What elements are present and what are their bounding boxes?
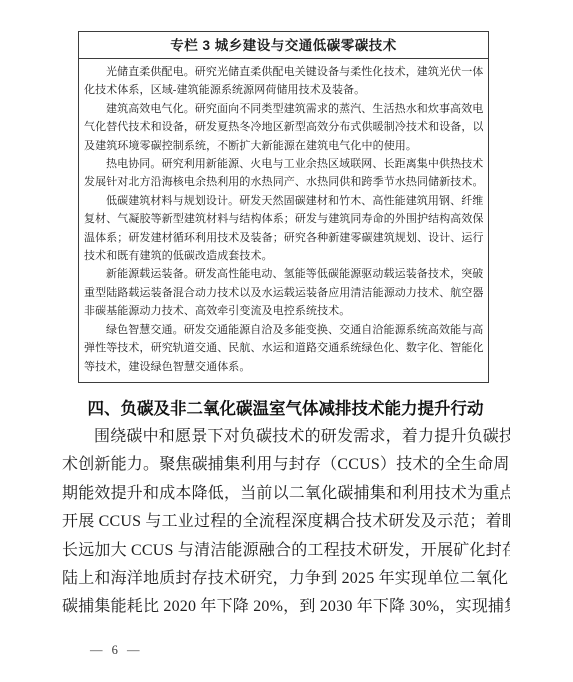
body-line: 术创新能力。聚焦碳捕集利用与封存（CCUS）技术的全生命周 <box>62 451 510 479</box>
text-line: 低碳建筑材料与规划设计。研发天然固碳建材和竹木、高性能建筑用钢、纤维 <box>84 192 483 210</box>
text-line: 技术和既有建筑的低碳改造成套技术。 <box>84 247 483 265</box>
text-line: 新能源载运装备。研发高性能电动、氢能等低碳能源驱动载运装备技术，突破 <box>84 265 483 283</box>
text-line: 热电协同。研究利用新能源、火电与工业余热区域联网、长距离集中供热技术， <box>84 155 483 173</box>
text-line: 温体系；研发建材循环利用技术及装备；研究各种新建零碳建筑规划、设计、运行 <box>84 229 483 247</box>
page-number: — 6 — <box>90 643 143 658</box>
text-line: 建筑高效电气化。研究面向不同类型建筑需求的蒸汽、生活热水和炊事高效电 <box>84 100 483 118</box>
body-paragraph: 围绕碳中和愿景下对负碳技术的研发需求，着力提升负碳技 术创新能力。聚焦碳捕集利用… <box>62 423 510 622</box>
column-box-body: 光储直柔供配电。研究光储直柔供配电关键设备与柔性化技术，建筑光伏一体 化技术体系… <box>79 59 488 382</box>
box-paragraph: 建筑高效电气化。研究面向不同类型建筑需求的蒸汽、生活热水和炊事高效电 气化替代技… <box>84 100 483 155</box>
tech-column-box: 专栏 3 城乡建设与交通低碳零碳技术 光储直柔供配电。研究光储直柔供配电关键设备… <box>78 31 489 383</box>
box-paragraph: 低碳建筑材料与规划设计。研发天然固碳建材和竹木、高性能建筑用钢、纤维 复材、气凝… <box>84 192 483 266</box>
text-line: 光储直柔供配电。研究光储直柔供配电关键设备与柔性化技术，建筑光伏一体 <box>84 63 483 81</box>
box-paragraph: 热电协同。研究利用新能源、火电与工业余热区域联网、长距离集中供热技术， 发展针对… <box>84 155 483 192</box>
column-box-title: 专栏 3 城乡建设与交通低碳零碳技术 <box>79 32 488 59</box>
text-line: 重型陆路载运装备混合动力技术以及水运载运装备应用清洁能源动力技术、航空器 <box>84 284 483 302</box>
text-line: 弹性等技术，研究轨道交通、民航、水运和道路交通系统绿色化、数字化、智能化 <box>84 339 483 357</box>
body-line: 开展 CCUS 与工业过程的全流程深度耦合技术研发及示范；着眼 <box>62 508 510 536</box>
box-paragraph: 新能源载运装备。研发高性能电动、氢能等低碳能源驱动载运装备技术，突破 重型陆路载… <box>84 265 483 320</box>
text-line: 绿色智慧交通。研发交通能源自洽及多能变换、交通自洽能源系统高效能与高 <box>84 321 483 339</box>
text-line: 气化替代技术和设备，研发夏热冬冷地区新型高效分布式供暖制冷技术和设备，以 <box>84 118 483 136</box>
text-line: 非碳基能源动力技术、高效牵引变流及电控系统技术。 <box>84 302 483 320</box>
document-page: 专栏 3 城乡建设与交通低碳零碳技术 光储直柔供配电。研究光储直柔供配电关键设备… <box>0 0 573 682</box>
text-line: 化技术体系，区域-建筑能源系统源网荷储用技术及装备。 <box>84 81 483 99</box>
body-line: 碳捕集能耗比 2020 年下降 20%，到 2030 年下降 30%，实现捕集 <box>62 593 510 621</box>
body-line: 期能效提升和成本降低，当前以二氧化碳捕集和利用技术为重点， <box>62 480 510 508</box>
box-paragraph: 光储直柔供配电。研究光储直柔供配电关键设备与柔性化技术，建筑光伏一体 化技术体系… <box>84 63 483 100</box>
text-line: 复材、气凝胶等新型建筑材料与结构体系；研发与建筑同寿命的外围护结构高效保 <box>84 210 483 228</box>
body-line: 陆上和海洋地质封存技术研究，力争到 2025 年实现单位二氧化 <box>62 565 510 593</box>
text-line: 及建筑环境零碳控制系统，不断扩大新能源在建筑电气化中的使用。 <box>84 137 483 155</box>
text-line: 等技术，建设绿色智慧交通体系。 <box>84 358 483 376</box>
section-heading: 四、负碳及非二氧化碳温室气体减排技术能力提升行动 <box>62 398 509 420</box>
box-paragraph: 绿色智慧交通。研发交通能源自洽及多能变换、交通自洽能源系统高效能与高 弹性等技术… <box>84 321 483 376</box>
text-line: 发展针对北方沿海核电余热利用的水热同产、水热同供和跨季节水热同储新技术。 <box>84 173 483 191</box>
body-line: 长远加大 CCUS 与清洁能源融合的工程技术研发，开展矿化封存、 <box>62 537 510 565</box>
body-line: 围绕碳中和愿景下对负碳技术的研发需求，着力提升负碳技 <box>62 423 510 451</box>
